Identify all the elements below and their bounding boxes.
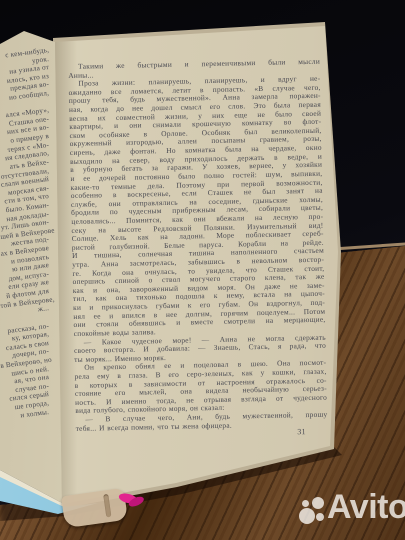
bookmark-slot bbox=[103, 494, 111, 517]
avito-logo-circle bbox=[316, 513, 324, 521]
avito-logo-circle bbox=[312, 497, 324, 509]
book-photo: с кем-нибудь,урок.на узнала отилось, кто… bbox=[0, 0, 405, 540]
right-page-lines: Такими же быстрыми и переменчивыми были … bbox=[68, 58, 328, 433]
left-page-lines: с кем-нибудь,урок.на узнала отилось, кто… bbox=[0, 46, 49, 416]
right-page-text: Такими же быстрыми и переменчивыми были … bbox=[68, 58, 328, 442]
avito-logo-circle bbox=[302, 500, 309, 507]
avito-logo-circle bbox=[299, 508, 315, 524]
avito-watermark-text: Avito bbox=[327, 488, 405, 526]
avito-watermark: Avito bbox=[296, 494, 404, 534]
